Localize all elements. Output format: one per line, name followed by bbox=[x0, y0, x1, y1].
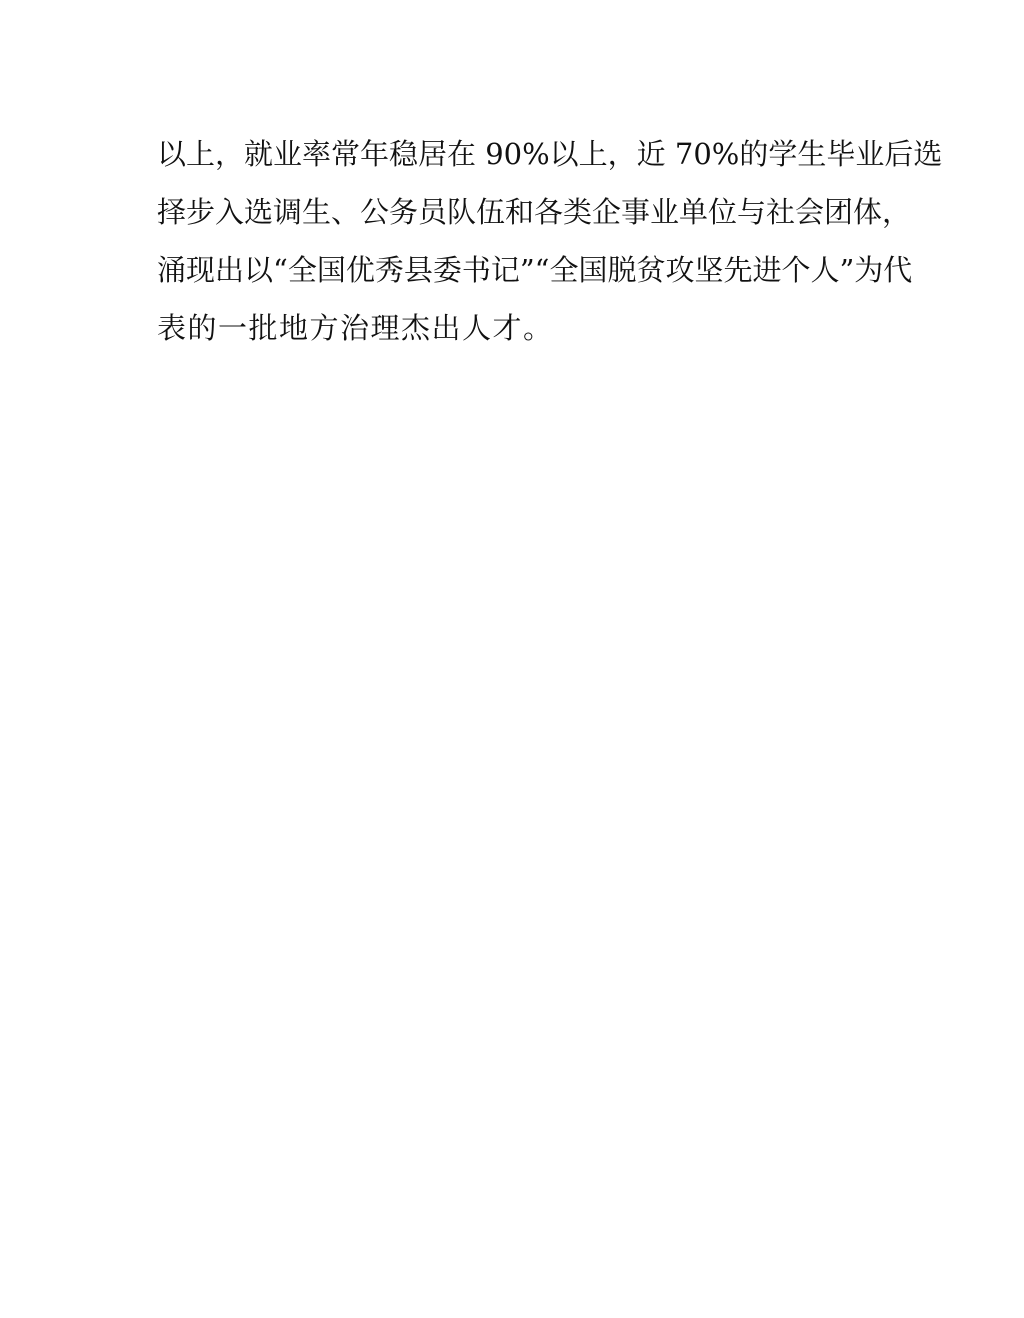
text-line: 涌现出以“全国优秀县委书记”“全国脱贫攻坚先进个人”为代 bbox=[157, 247, 869, 305]
document-page: 以上，就业率常年稳居在 90%以上，近 70%的学生毕业后选 择步入选调生、公务… bbox=[0, 0, 1024, 1318]
text-line: 择步入选调生、公务员队伍和各类企事业单位与社会团体， bbox=[157, 189, 869, 247]
text-line: 以上，就业率常年稳居在 90%以上，近 70%的学生毕业后选 bbox=[157, 131, 869, 189]
text-line-last: 表的一批地方治理杰出人才。 bbox=[157, 305, 869, 363]
body-paragraph: 以上，就业率常年稳居在 90%以上，近 70%的学生毕业后选 择步入选调生、公务… bbox=[157, 131, 869, 363]
